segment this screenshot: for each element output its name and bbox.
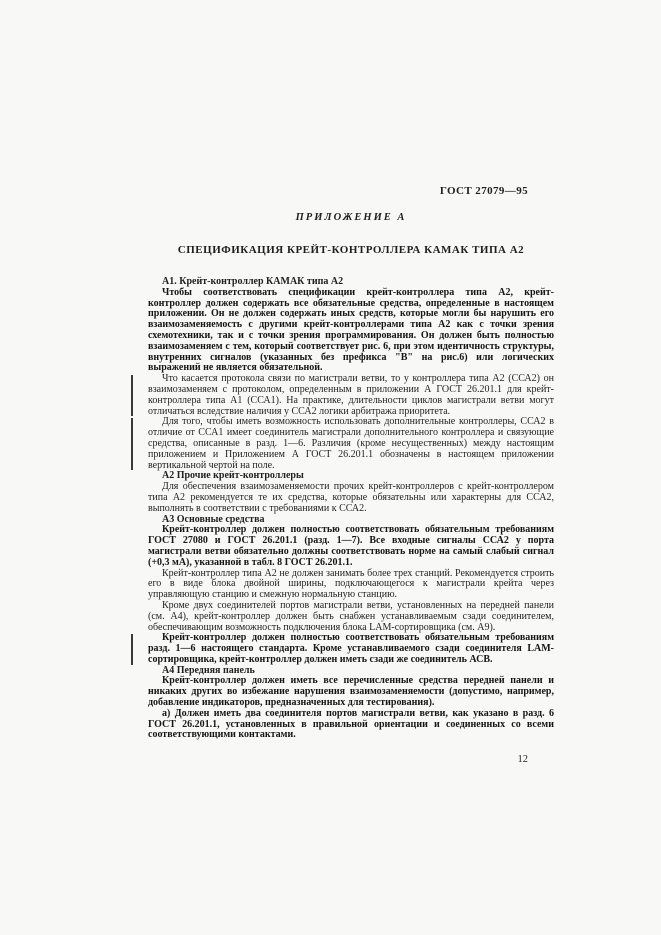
paragraph: Крейт-контроллер должен иметь все перечи… [148,676,554,708]
change-bar-marker [131,375,133,416]
paragraph-text: Для того, чтобы иметь возможность исполь… [148,416,554,470]
scanned-document-page: ГОСТ 27079—95 ПРИЛОЖЕНИЕ А СПЕЦИФИКАЦИЯ … [148,185,554,765]
change-bar-marker [131,634,133,664]
doc-number: ГОСТ 27079—95 [148,185,554,197]
paragraph: Для обеспечения взаимозаменяемости прочи… [148,482,554,514]
change-bar-marker [131,418,133,470]
paragraph-text: Что касается протокола связи по магистра… [148,373,554,416]
paragraph-text: Крейт-контроллер должен полностью соотве… [148,632,554,665]
appendix-label: ПРИЛОЖЕНИЕ А [148,212,554,223]
paragraph: Для того, чтобы иметь возможность исполь… [148,417,554,471]
paragraph: а) Должен иметь два соединителя портов м… [148,709,554,741]
paragraph: Чтобы соответствовать спецификации крейт… [148,288,554,374]
document-body: А1. Крейт-контроллер КАМАК типа А2 Чтобы… [148,277,554,741]
page-title: СПЕЦИФИКАЦИЯ КРЕЙТ-КОНТРОЛЛЕРА КАМАК ТИП… [148,244,554,256]
paragraph: Крейт-контроллер должен полностью соотве… [148,633,554,665]
paragraph: Крейт-контроллер должен полностью соотве… [148,525,554,568]
paragraph: Кроме двух соединителей портов магистрал… [148,601,554,633]
paragraph: Что касается протокола связи по магистра… [148,374,554,417]
paragraph: Крейт-контроллер типа А2 не должен заним… [148,569,554,601]
page-number: 12 [148,754,554,765]
